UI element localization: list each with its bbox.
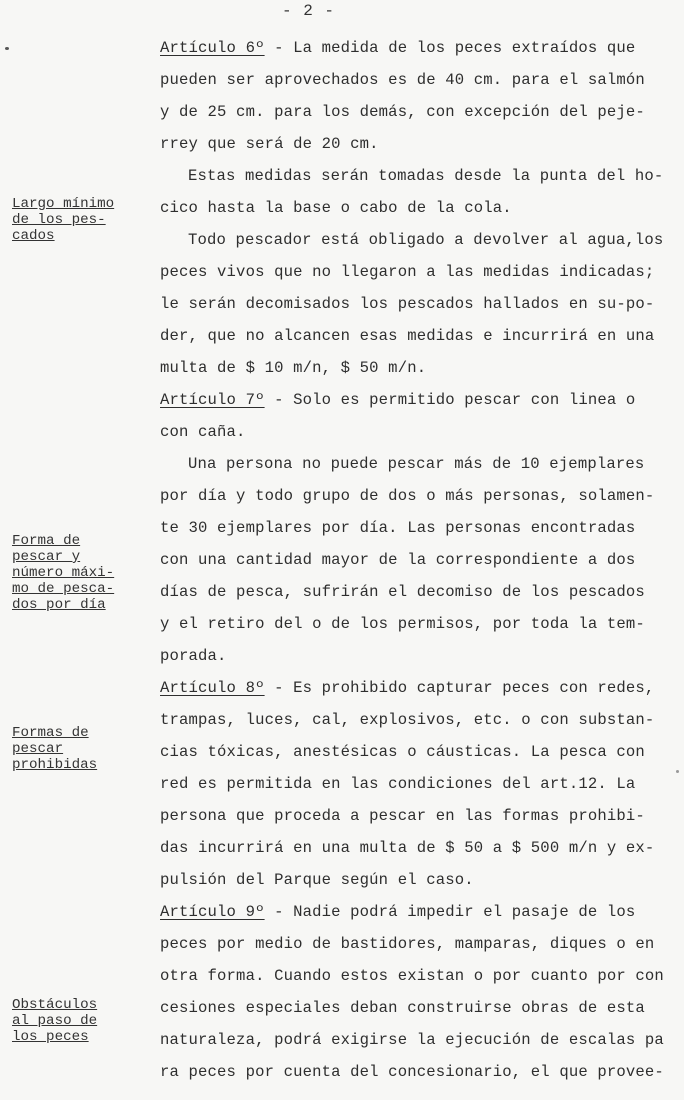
text-line: Todo pescador está obligado a devolver a…: [160, 224, 680, 256]
text-line: días de pesca, sufrirán el decomiso de l…: [160, 576, 680, 608]
scan-speck: [5, 47, 9, 50]
article-8-title: Artículo 8º: [160, 679, 265, 697]
text-line: ra peces por cuenta del concesionario, e…: [160, 1056, 680, 1088]
text-line: le serán decomisados los pescados hallad…: [160, 288, 680, 320]
text-line: cias tóxicas, anestésicas o cáusticas. L…: [160, 736, 680, 768]
text-line: cico hasta la base o cabo de la cola.: [160, 192, 680, 224]
text-line: con caña.: [160, 416, 680, 448]
text-line: y de 25 cm. para los demás, con excepció…: [160, 96, 680, 128]
text-line: porada.: [160, 640, 680, 672]
text-line: cesiones especiales deban construirse ob…: [160, 992, 680, 1024]
text-line: Estas medidas serán tomadas desde la pun…: [160, 160, 680, 192]
margin-note-obstaculos: Obstáculos al paso de los peces: [12, 997, 97, 1045]
article-8-heading-line: Artículo 8º - Es prohibido capturar pece…: [160, 672, 680, 704]
margin-note-largo-minimo: Largo mínimo de los pes- cados: [12, 196, 114, 244]
text-line: trampas, luces, cal, explosivos, etc. o …: [160, 704, 680, 736]
article-7-title: Artículo 7º: [160, 391, 265, 409]
text-line: peces vivos que no llegaron a las medida…: [160, 256, 680, 288]
text-line: Una persona no puede pescar más de 10 ej…: [160, 448, 680, 480]
text-line: con una cantidad mayor de la correspondi…: [160, 544, 680, 576]
text-line: pulsión del Parque según el caso.: [160, 864, 680, 896]
body-text: Artículo 6º - La medida de los peces ext…: [160, 32, 680, 1088]
article-6-heading-line: Artículo 6º - La medida de los peces ext…: [160, 32, 680, 64]
text-line: otra forma. Cuando estos existan o por c…: [160, 960, 680, 992]
text-line: rrey que será de 20 cm.: [160, 128, 680, 160]
article-9-title: Artículo 9º: [160, 903, 265, 921]
scan-speck: [676, 770, 679, 773]
text-line: naturaleza, podrá exigirse la ejecución …: [160, 1024, 680, 1056]
text-line: por día y todo grupo de dos o más person…: [160, 480, 680, 512]
margin-note-forma-de-pescar: Forma de pescar y número máxi- mo de pes…: [12, 533, 114, 613]
text-line: peces por medio de bastidores, mamparas,…: [160, 928, 680, 960]
text-line: pueden ser aprovechados es de 40 cm. par…: [160, 64, 680, 96]
article-6-title: Artículo 6º: [160, 39, 265, 57]
text-line: der, que no alcancen esas medidas e incu…: [160, 320, 680, 352]
document-page: - 2 - Largo mínimo de los pes- cados For…: [0, 0, 684, 1100]
article-9-heading-line: Artículo 9º - Nadie podrá impedir el pas…: [160, 896, 680, 928]
text-line: persona que proceda a pescar en las form…: [160, 800, 680, 832]
margin-note-formas-prohibidas: Formas de pescar prohibidas: [12, 725, 97, 773]
article-7-heading-line: Artículo 7º - Solo es permitido pescar c…: [160, 384, 680, 416]
text-line: te 30 ejemplares por día. Las personas e…: [160, 512, 680, 544]
text-line: red es permitida en las condiciones del …: [160, 768, 680, 800]
page-number: - 2 -: [282, 2, 335, 20]
text-line: y el retiro del o de los permisos, por t…: [160, 608, 680, 640]
text-line: das incurrirá en una multa de $ 50 a $ 5…: [160, 832, 680, 864]
text-line: multa de $ 10 m/n, $ 50 m/n.: [160, 352, 680, 384]
